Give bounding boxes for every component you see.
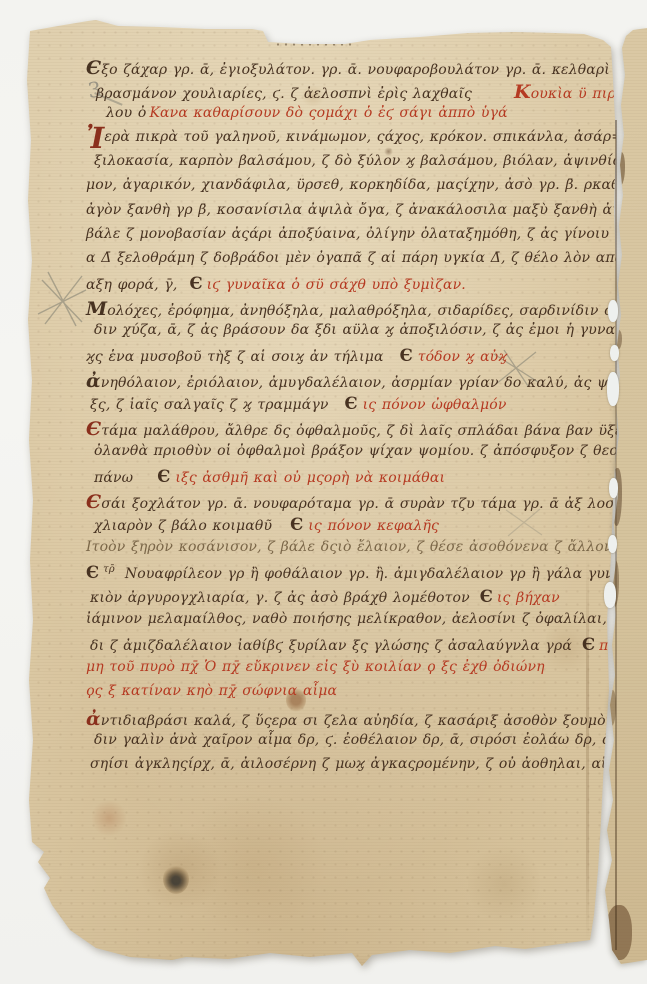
gutter-line [615, 120, 617, 950]
next-folio-edge [0, 0, 647, 984]
sewing-guard [608, 300, 618, 322]
binding-damage [606, 905, 632, 960]
scan-background: 3 Єξο ζάχαρ γρ. ᾱ, ἐγιοξυλάτον. γρ. [0, 0, 647, 984]
sewing-guard [610, 345, 619, 361]
sewing-guard [608, 535, 617, 553]
binding-damage [616, 152, 625, 186]
sewing-guard [604, 582, 616, 608]
sewing-guard [609, 478, 618, 498]
next-folio-wrap [0, 0, 647, 984]
sewing-guard [607, 372, 619, 406]
